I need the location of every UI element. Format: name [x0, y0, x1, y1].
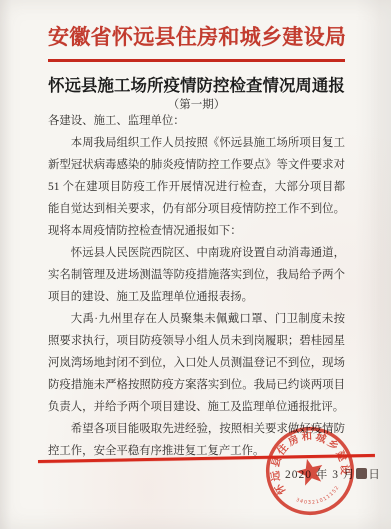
date-suffix: 日 — [368, 469, 381, 481]
header-rule — [48, 59, 345, 62]
issuer-header: 安徽省怀远县住房和城乡建设局 — [48, 21, 345, 51]
body-paragraph: 大禹·九州里存在人员聚集未佩戴口罩、门卫制度未按照要求执行，项目防疫领导小组人员… — [48, 308, 345, 418]
salutation: 各建设、施工、监理单位： — [48, 110, 345, 132]
document-title: 怀远县施工场所疫情防控检查情况周通报 — [40, 72, 353, 96]
body-paragraph: 怀远县人民医院西院区、中南珑府设置自动消毒通道，实名制管理及进场测温等防疫措施落… — [48, 242, 345, 308]
star-icon — [294, 456, 326, 487]
body-paragraph: 本周我局组织工作人员按照《怀远县施工场所项目复工新型冠状病毒感染的肺炎疫情防控工… — [48, 132, 345, 242]
document-body: 各建设、施工、监理单位： 本周我局组织工作人员按照《怀远县施工场所项目复工新型冠… — [48, 110, 345, 462]
scanned-document-page: 安徽省怀远县住房和城乡建设局 怀远县施工场所疫情防控检查情况周通报 （第一期） … — [0, 0, 391, 529]
